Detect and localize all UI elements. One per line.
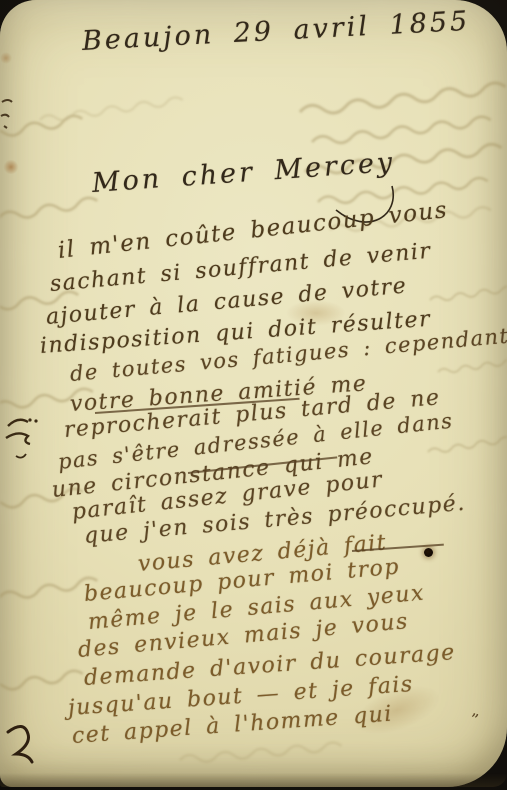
letter-salutation: Mon cher Mercey: [91, 147, 396, 199]
margin-scribble: [0, 0, 60, 70]
foxing-spot: [3, 160, 19, 174]
letter-date: Beaujon 29 avril 1855: [81, 6, 471, 57]
margin-scribble: [2, 408, 50, 468]
foxing-spot: [0, 52, 12, 64]
scanned-letter-page: Beaujon 29 avril 1855 Mon cher Mercey il…: [0, 0, 507, 790]
flourish-mark: [2, 722, 38, 770]
closing-quote-mark: ”: [468, 709, 481, 729]
edge-marks: [0, 96, 20, 132]
ink-blot: [424, 548, 433, 557]
letter-paper: Beaujon 29 avril 1855 Mon cher Mercey il…: [0, 0, 507, 787]
